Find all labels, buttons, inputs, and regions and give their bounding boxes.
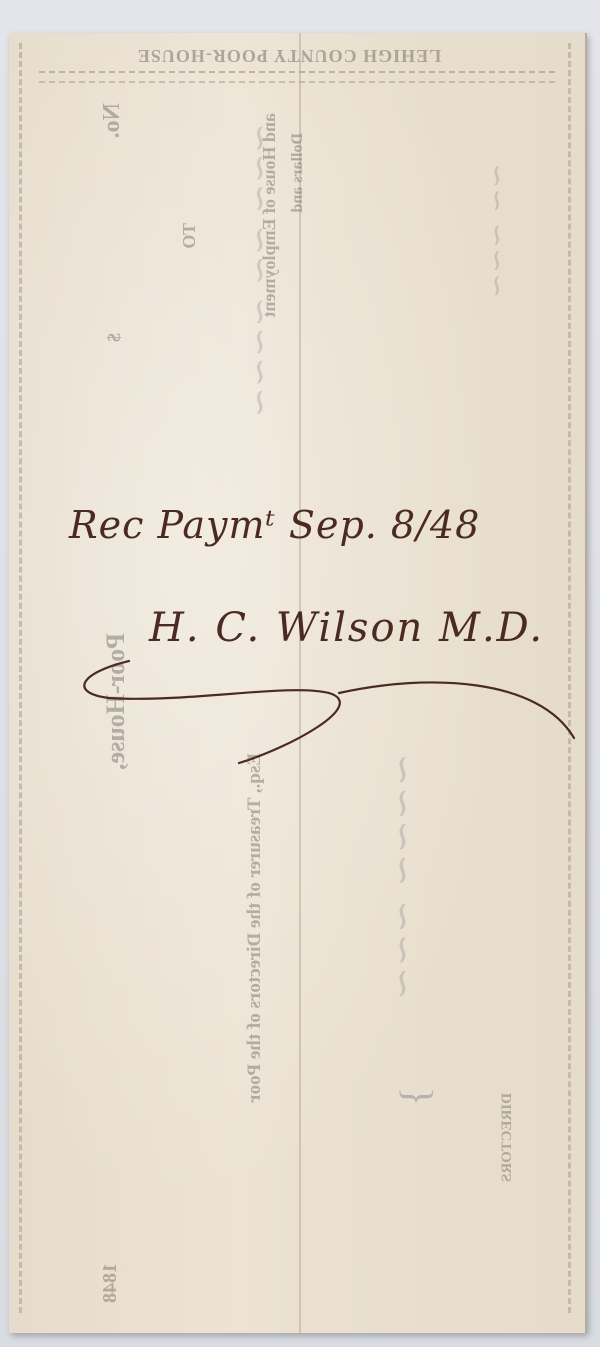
faded-handwriting: ~~~~ ~~~ [379, 753, 425, 1000]
bleed-number-label: No. [99, 103, 126, 138]
bleed-to-label: TO [179, 223, 200, 249]
bleed-amount-prefix: $ [104, 333, 125, 342]
bleed-directors-label: DIRECTORS [499, 1093, 516, 1182]
signature: H. C. Wilson M.D. [149, 605, 544, 651]
receipt-endorsement: Rec Paymᵗ Sep. 8/48 [69, 503, 480, 547]
brace-glyph: } [395, 1087, 442, 1106]
decorative-border-top [39, 71, 555, 83]
printed-header: LEHIGH COUNTY POOR-HOUSE [69, 45, 509, 66]
bleed-year: 1848 [99, 1263, 122, 1303]
signature-flourish [69, 653, 589, 773]
faded-handwriting: ~~ ~~~ [479, 163, 514, 298]
bleed-treasurer-line: Esq., Treasurer of the Directors of the … [244, 753, 266, 1103]
bleed-dollars-text: Dollars and [289, 133, 307, 213]
faded-handwriting: ~~~ ~~ ~~~~ [239, 123, 280, 417]
decorative-border-left [19, 43, 28, 1313]
document-paper: LEHIGH COUNTY POOR-HOUSE No. $ TO and Ho… [9, 33, 587, 1333]
